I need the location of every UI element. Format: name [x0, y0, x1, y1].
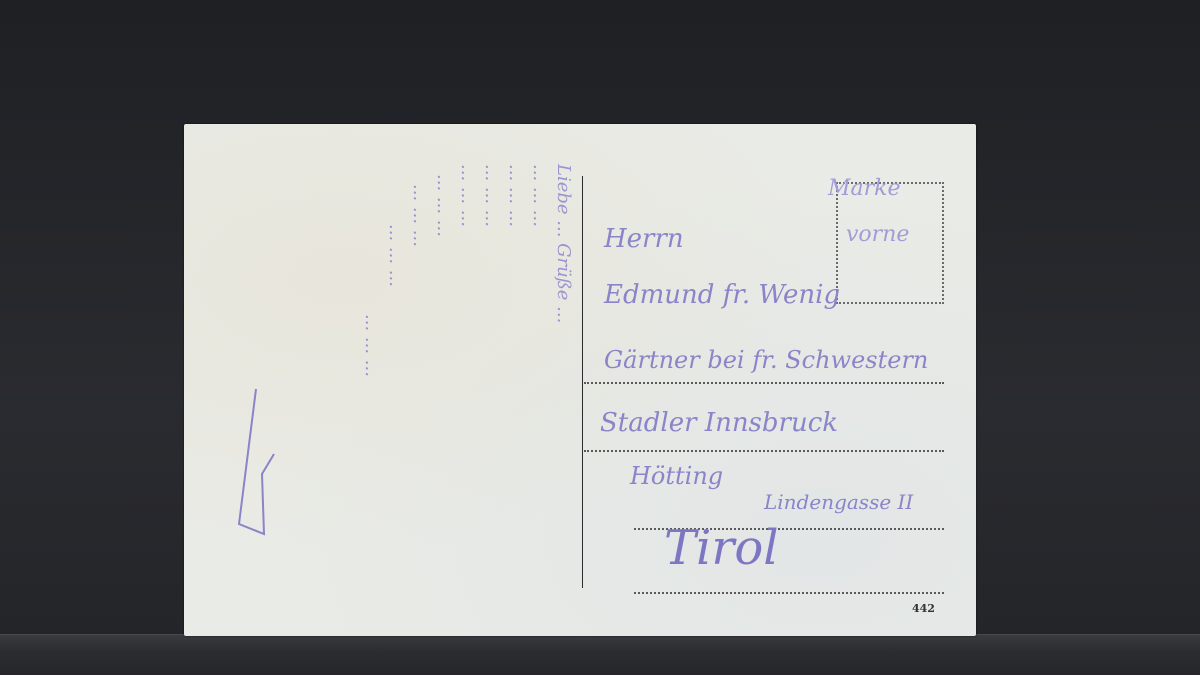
address-line-4: Stadler Innsbruck	[600, 408, 838, 438]
postcard-back: Liebe ... Grüße ... ... ... ... ... ... …	[184, 124, 976, 636]
display-ledge	[0, 634, 1200, 675]
address-line-2: Edmund fr. Wenig	[604, 280, 840, 310]
message-line: ... ... ...	[481, 164, 502, 227]
handwritten-message: Liebe ... Grüße ... ... ... ... ... ... …	[214, 164, 574, 624]
address-dotted-line	[584, 382, 944, 384]
print-number: 442	[912, 602, 935, 615]
address-line-5: Hötting	[630, 462, 723, 490]
message-line: ... ... ...	[505, 164, 526, 227]
message-line: ... ... ...	[457, 164, 478, 227]
stamp-placeholder-box: Marke vorne	[836, 182, 944, 304]
signature-flourish	[234, 384, 284, 554]
message-line: ... ... ...	[529, 164, 550, 227]
address-line-6: Lindengasse II	[764, 490, 913, 514]
message-line: ... ... ...	[409, 184, 430, 247]
message-line: Liebe ... Grüße ...	[553, 164, 574, 323]
address-line-7: Tirol	[664, 520, 779, 576]
message-line: ... ... ...	[433, 174, 454, 237]
message-line: ... ... ...	[385, 224, 406, 287]
stamp-text-line2: vorne	[846, 222, 909, 247]
stamp-text-line1: Marke	[828, 176, 901, 201]
message-line: ... ... ...	[361, 314, 382, 377]
center-divider-line	[582, 176, 583, 588]
address-dotted-line	[584, 450, 944, 452]
address-line-3: Gärtner bei fr. Schwestern	[604, 346, 928, 374]
address-dotted-line	[634, 592, 944, 594]
address-line-1: Herrn	[604, 224, 684, 254]
